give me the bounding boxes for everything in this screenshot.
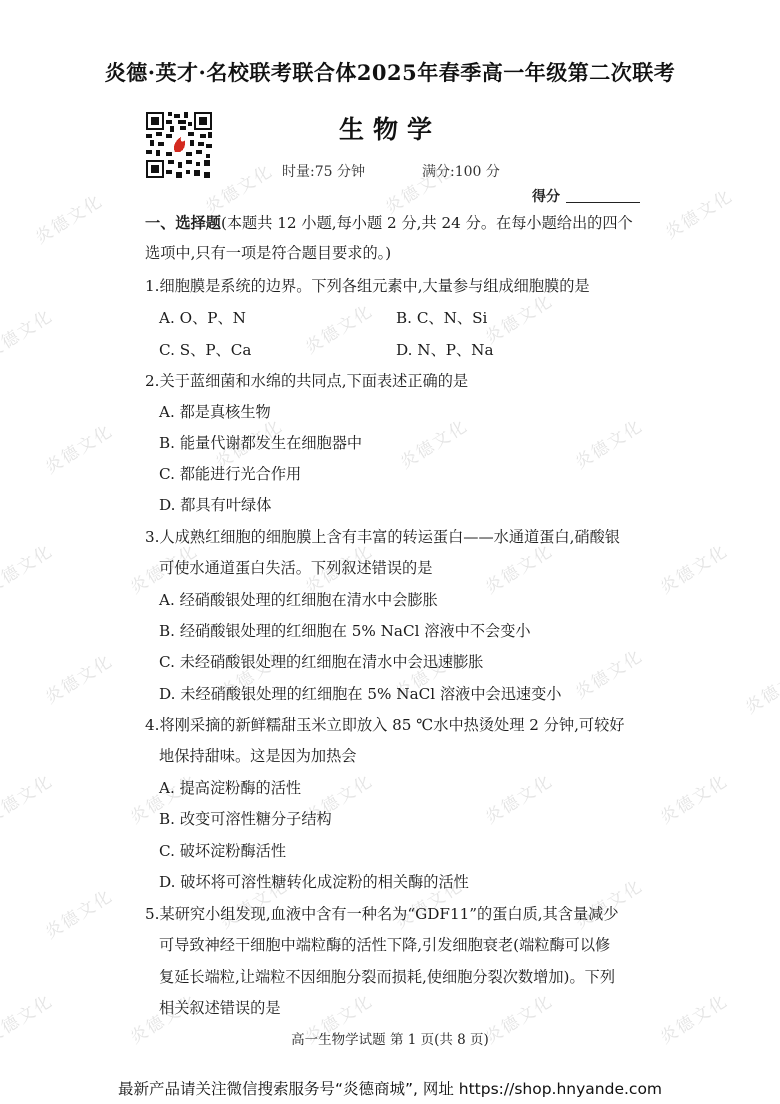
option-3a[interactable]: A. 经硝酸银处理的红细胞在清水中会膨胀 — [159, 589, 438, 610]
question-2: 2.关于蓝细菌和水绵的共同点,下面表述正确的是 — [145, 370, 468, 391]
option-2b[interactable]: B. 能量代谢都发生在细胞器中 — [159, 432, 362, 453]
option-1c[interactable]: C. S、P、Ca — [159, 339, 251, 360]
option-2d[interactable]: D. 都具有叶绿体 — [159, 494, 271, 515]
option-2c[interactable]: C. 都能进行光合作用 — [159, 463, 301, 484]
option-1b[interactable]: B. C、N、Si — [396, 307, 487, 328]
question-3-stem-cont: 可使水通道蛋白失活。下列叙述错误的是 — [159, 557, 432, 578]
question-number: 3. — [145, 528, 160, 546]
question-4: 4.将刚采摘的新鲜糯甜玉米立即放入 85 ℃水中热烫处理 2 分钟,可较好 — [145, 714, 625, 735]
subject-title: 生物学 — [0, 110, 780, 146]
option-3d[interactable]: D. 未经硝酸银处理的红细胞在 5% NaCl 溶液中会迅速变小 — [159, 683, 561, 704]
option-1a[interactable]: A. O、P、N — [159, 307, 246, 328]
question-4-stem-cont: 地保持甜味。这是因为加热会 — [159, 745, 356, 766]
option-3c[interactable]: C. 未经硝酸银处理的红细胞在清水中会迅速膨胀 — [159, 651, 483, 672]
question-stem: 将刚采摘的新鲜糯甜玉米立即放入 85 ℃水中热烫处理 2 分钟,可较好 — [160, 716, 625, 734]
section-heading: 一、选择题 — [145, 214, 221, 232]
question-stem: 某研究小组发现,血液中含有一种名为“GDF11”的蛋白质,其含量减少 — [160, 905, 619, 923]
section-instructions-text: (本题共 12 小题,每小题 2 分,共 24 分。在每小题给出的四个 — [221, 214, 633, 232]
question-number: 2. — [145, 372, 160, 390]
exam-title: 炎德·英才·名校联考联合体2025年春季高一年级第二次联考 — [0, 57, 780, 87]
question-5-stem-cont-3: 相关叙述错误的是 — [159, 997, 281, 1018]
question-stem: 人成熟红细胞的细胞膜上含有丰富的转运蛋白——水通道蛋白,硝酸银 — [160, 528, 620, 546]
option-4a[interactable]: A. 提高淀粉酶的活性 — [159, 777, 301, 798]
option-3b[interactable]: B. 经硝酸银处理的红细胞在 5% NaCl 溶液中不会变小 — [159, 620, 531, 641]
option-2a[interactable]: A. 都是真核生物 — [159, 401, 271, 422]
time-limit: 时量:75 分钟 — [282, 161, 365, 181]
question-1: 1.细胞膜是系统的边界。下列各组元素中,大量参与组成细胞膜的是 — [145, 275, 590, 296]
question-5-stem-cont-1: 可导致神经干细胞中端粒酶的活性下降,引发细胞衰老(端粒酶可以修 — [159, 934, 610, 955]
score-label: 得分 — [532, 186, 560, 206]
question-5: 5.某研究小组发现,血液中含有一种名为“GDF11”的蛋白质,其含量减少 — [145, 903, 619, 924]
question-number: 5. — [145, 905, 160, 923]
question-stem: 关于蓝细菌和水绵的共同点,下面表述正确的是 — [160, 372, 469, 390]
exam-page: 炎德·英才·名校联考联合体2025年春季高一年级第二次联考 — [0, 0, 780, 1104]
question-3: 3.人成熟红细胞的细胞膜上含有丰富的转运蛋白——水通道蛋白,硝酸银 — [145, 526, 620, 547]
option-4d[interactable]: D. 破坏将可溶性糖转化成淀粉的相关酶的活性 — [159, 871, 469, 892]
section-instructions: 一、选择题(本题共 12 小题,每小题 2 分,共 24 分。在每小题给出的四个 — [145, 212, 633, 233]
question-number: 4. — [145, 716, 160, 734]
promo-footer: 最新产品请关注微信搜索服务号“炎德商城”, 网址 https://shop.hn… — [0, 1077, 780, 1099]
question-number: 1. — [145, 277, 160, 295]
option-4b[interactable]: B. 改变可溶性糖分子结构 — [159, 808, 332, 829]
option-1d[interactable]: D. N、P、Na — [396, 339, 494, 360]
question-5-stem-cont-2: 复延长端粒,让端粒不因细胞分裂而损耗,使细胞分裂次数增加)。下列 — [159, 966, 615, 987]
score-blank[interactable] — [566, 202, 640, 203]
full-score: 满分:100 分 — [422, 161, 500, 181]
page-footer: 高一生物学试题 第 1 页(共 8 页) — [0, 1028, 780, 1048]
section-instructions-cont: 选项中,只有一项是符合题目要求的。) — [145, 242, 391, 263]
option-4c[interactable]: C. 破坏淀粉酶活性 — [159, 840, 286, 861]
question-stem: 细胞膜是系统的边界。下列各组元素中,大量参与组成细胞膜的是 — [160, 277, 590, 295]
